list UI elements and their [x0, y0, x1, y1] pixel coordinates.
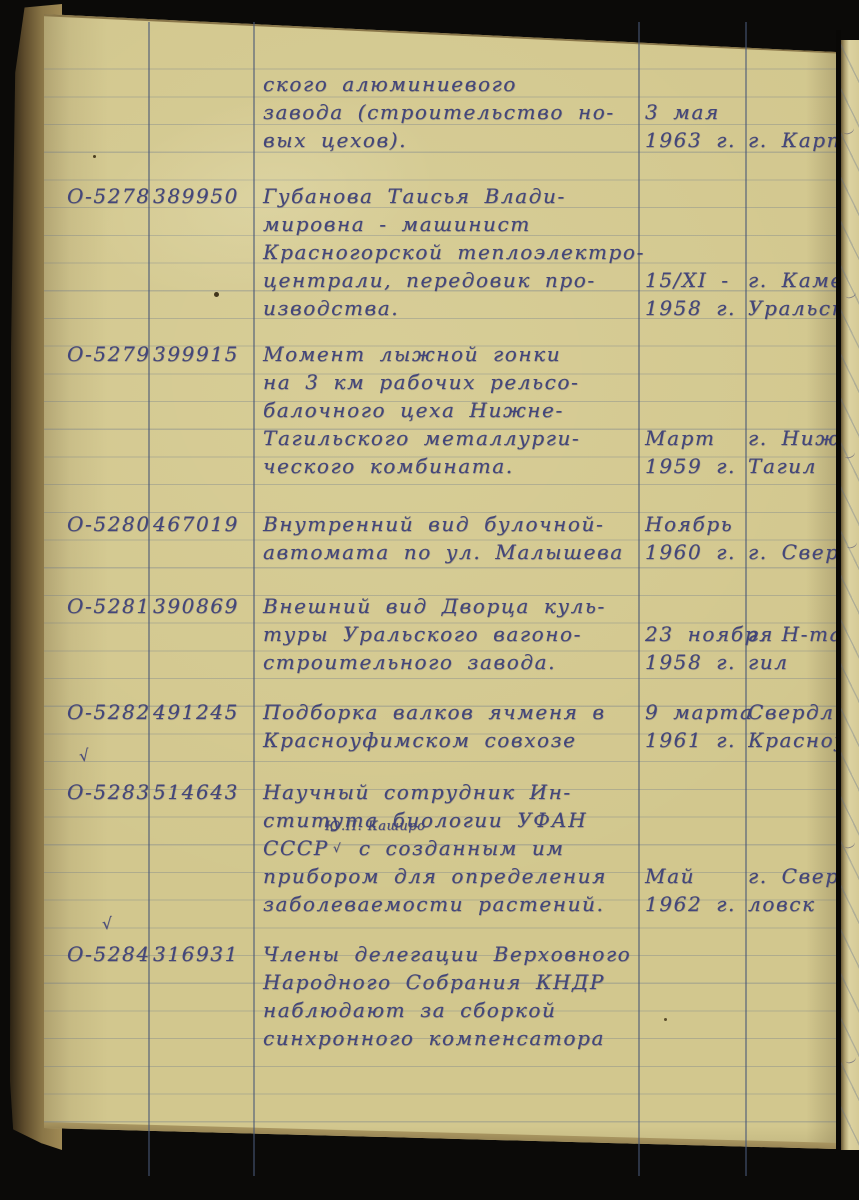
entry-description: Момент лыжной гонки на 3 км рабочих рель…	[263, 340, 580, 480]
column-divider-4	[745, 22, 747, 1176]
entry-negative-number: 491245	[153, 698, 239, 726]
entry-place: г. Карпинск	[748, 126, 837, 154]
entry-date: Март 1959 г.	[645, 424, 736, 480]
place-line: Уральский	[748, 294, 837, 322]
place-line: г. Сверд-	[748, 862, 837, 890]
date-line: Май	[645, 862, 736, 890]
adjacent-page-edge	[841, 40, 859, 1150]
desc-line: Подборка валков ячменя в	[263, 698, 606, 726]
paper-speck	[664, 1018, 667, 1021]
date-line: Март	[645, 424, 736, 452]
place-line: гил	[748, 648, 837, 676]
scanned-ledger-photo: ского алюминиевого завода (строительство…	[0, 0, 859, 1200]
entry-negative-number: 389950	[153, 182, 239, 210]
desc-line: Тагильского металлурги-	[263, 424, 580, 452]
entry-opis-number: О-5281	[67, 592, 151, 620]
column-divider-2	[253, 22, 255, 1176]
entry-negative-number: 316931	[153, 940, 239, 968]
desc-line: Внутренний вид булочной-	[263, 510, 624, 538]
desc-line: синхронного компенсатора	[263, 1024, 631, 1052]
entry-place: г. Сверд- ловск	[748, 862, 837, 918]
place-line: Тагил	[748, 452, 837, 480]
desc-line: на 3 км рабочих рельсо-	[263, 368, 580, 396]
date-line: 1963 г.	[645, 126, 736, 154]
desc-line: заболеваемости растений.	[263, 890, 607, 918]
place-line: г. Нижний	[748, 424, 837, 452]
date-line: 1960 г.	[645, 538, 736, 566]
desc-line: Губанова Таисья Влади-	[263, 182, 645, 210]
entry-description: Губанова Таисья Влади- мировна - машинис…	[263, 182, 645, 322]
entry-date: 3 мая 1963 г.	[645, 98, 736, 154]
desc-line: ческого комбината.	[263, 452, 580, 480]
entry-opis-number: О-5282	[67, 698, 151, 726]
desc-line-part: с созданным им	[359, 836, 565, 860]
ink-bleed-mark	[844, 288, 857, 300]
desc-line: Научный сотрудник Ин-	[263, 778, 607, 806]
place-line: ловск	[748, 890, 837, 918]
desc-line: Момент лыжной гонки	[263, 340, 580, 368]
date-line: 1958 г.	[645, 294, 736, 322]
place-line: г. Каменск-	[748, 266, 837, 294]
place-line: г. Н-та	[748, 620, 837, 648]
desc-line: Красногорской теплоэлектро-	[263, 238, 645, 266]
paper-speck	[93, 155, 96, 158]
desc-line: Члены делегации Верховного	[263, 940, 631, 968]
place-line: Свердл. об.	[748, 698, 837, 726]
desc-line-part: СССР	[263, 836, 329, 860]
entry-place: г. Нижний Тагил	[748, 424, 837, 480]
desc-line: автомата по ул. Малышева	[263, 538, 624, 566]
desc-line: вых цехов).	[263, 126, 615, 154]
desc-line: мировна - машинист	[263, 210, 645, 238]
desc-line: наблюдают за сборкой	[263, 996, 631, 1024]
entry-date: Ноябрь 1960 г.	[645, 510, 736, 566]
date-line: 1959 г.	[645, 452, 736, 480]
desc-line: Внешний вид Дворца куль-	[263, 592, 606, 620]
insertion-caret-mark: √	[333, 842, 342, 854]
ink-bleed-mark	[845, 538, 858, 550]
interlinear-insertion: Ю.П. Каширо	[325, 820, 425, 833]
entry-description: Члены делегации Верховного Народного Соб…	[263, 940, 631, 1052]
entry-place: г. Каменск- Уральский	[748, 266, 837, 322]
desc-line: туры Уральского вагоно-	[263, 620, 606, 648]
entry-opis-number: О-5284	[67, 940, 151, 968]
entry-description: ского алюминиевого завода (строительство…	[263, 70, 615, 154]
entry-date: 15/XI - 1958 г.	[645, 266, 736, 322]
entry-negative-number: 390869	[153, 592, 239, 620]
date-line: 9 марта	[645, 698, 753, 726]
desc-line-with-insertion: СССРс созданным им Ю.П. Каширо √	[263, 834, 607, 862]
desc-line: ститута биологии УФАН	[263, 806, 607, 834]
entry-opis-number: О-5278	[67, 182, 151, 210]
entry-description: Внешний вид Дворца куль- туры Уральского…	[263, 592, 606, 676]
entry-place: г. Свердловск	[748, 538, 837, 566]
entry-negative-number: 514643	[153, 778, 239, 806]
ink-bleed-mark	[843, 838, 856, 850]
entry-date: Май 1962 г.	[645, 862, 736, 918]
entry-description: Научный сотрудник Ин- ститута биологии У…	[263, 778, 607, 918]
entry-place: г. Н-та гил	[748, 620, 837, 676]
entry-description: Внутренний вид булочной- автомата по ул.…	[263, 510, 624, 566]
desc-line: Народного Собрания КНДР	[263, 968, 631, 996]
desc-line: изводства.	[263, 294, 645, 322]
entry-date: 9 марта 1961 г.	[645, 698, 753, 754]
date-line: Ноябрь	[645, 510, 736, 538]
desc-line: завода (строительство но-	[263, 98, 615, 126]
desc-line: ского алюминиевого	[263, 70, 615, 98]
entry-opis-number: О-5279	[67, 340, 151, 368]
entry-opis-number: О-5283	[67, 778, 151, 806]
date-line: 3 мая	[645, 98, 736, 126]
ink-bleed-mark	[844, 1053, 857, 1065]
date-line: 1961 г.	[645, 726, 753, 754]
entry-negative-number: 467019	[153, 510, 239, 538]
place-line: г. Свердловск	[748, 538, 837, 566]
place-line: Красноуф. р	[748, 726, 837, 754]
desc-line: прибором для определения	[263, 862, 607, 890]
place-line: г. Карпинск	[748, 126, 837, 154]
entry-negative-number: 399915	[153, 340, 239, 368]
margin-check-mark: √	[101, 914, 113, 934]
ink-bleed-mark	[843, 448, 856, 460]
entry-opis-number: О-5280	[67, 510, 151, 538]
ink-bleed-mark	[842, 124, 855, 136]
desc-line: централи, передовик про-	[263, 266, 645, 294]
date-line: 15/XI -	[645, 266, 736, 294]
desc-line: Красноуфимском совхозе	[263, 726, 606, 754]
entry-place: Свердл. об. Красноуф. р	[748, 698, 837, 754]
desc-line: балочного цеха Нижне-	[263, 396, 580, 424]
desc-line: строительного завода.	[263, 648, 606, 676]
entry-description: Подборка валков ячменя в Красноуфимском …	[263, 698, 606, 754]
date-line: 1962 г.	[645, 890, 736, 918]
paper-speck	[214, 292, 219, 297]
